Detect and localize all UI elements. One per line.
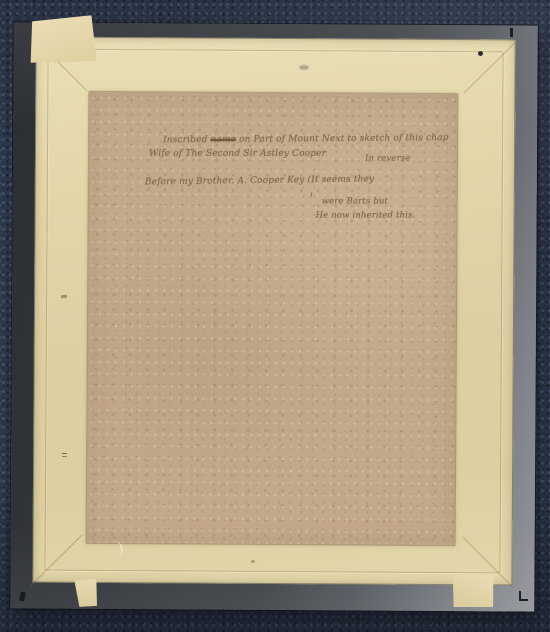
nail-head-top-right bbox=[478, 51, 483, 56]
smudge-on-top-tape bbox=[299, 65, 309, 70]
frame-pin-top-right bbox=[510, 28, 513, 37]
frame-bracket-bottom-right bbox=[519, 591, 528, 601]
inscription-line-3: Before my Brother. A. Cooper Key (It see… bbox=[145, 175, 375, 188]
inscription-line-2: Wife of The Second Sir Astley Cooper bbox=[149, 150, 326, 160]
backing-board: Inscribednameon Part of Mount Next to sk… bbox=[87, 92, 458, 545]
inscription-text: on Part of Mount Next to sketch of this … bbox=[239, 133, 452, 145]
stray-pencil-tick bbox=[310, 192, 312, 197]
struck-out-word: name bbox=[210, 135, 239, 145]
tape-flap-bottom-right bbox=[451, 573, 495, 609]
inscription-line-2-right: In reverse bbox=[365, 155, 410, 165]
picture-frame-back: Inscribednameon Part of Mount Next to sk… bbox=[10, 22, 538, 611]
photo-of-frame-back: Inscribednameon Part of Mount Next to sk… bbox=[0, 0, 550, 632]
tape-corner-flap-top-left bbox=[29, 15, 96, 63]
inscription-line-5: He now inherited this. bbox=[316, 212, 416, 221]
backing-tape: Inscribednameon Part of Mount Next to sk… bbox=[32, 37, 515, 586]
inscription-word: Inscribed bbox=[163, 135, 210, 145]
inscription-line-4: were Barts but bbox=[322, 197, 388, 207]
staple-left-lower bbox=[62, 453, 67, 457]
mark-on-bottom-tape bbox=[251, 560, 255, 563]
inscription-line-1: Inscribednameon Part of Mount Next to sk… bbox=[163, 134, 452, 146]
